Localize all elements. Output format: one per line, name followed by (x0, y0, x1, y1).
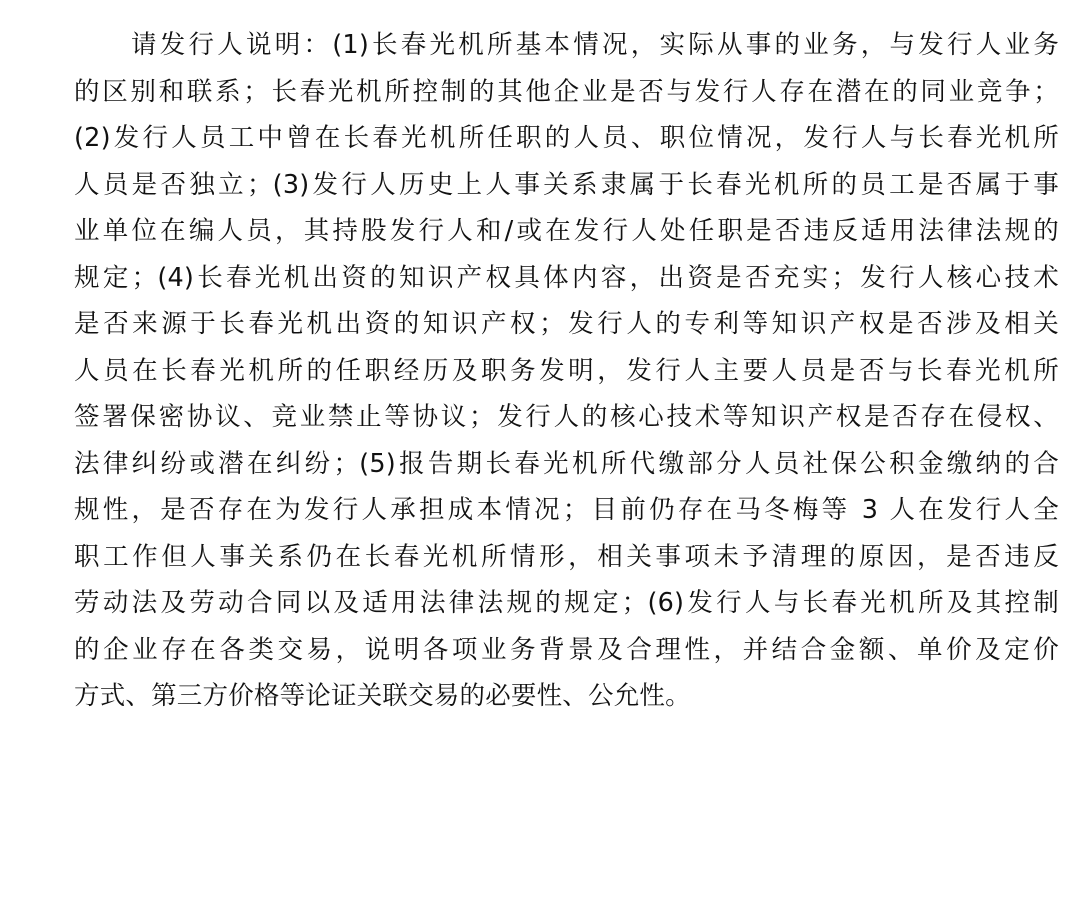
paragraph-line-3: (2)发行人员工中曾在长春光机所任职的人员、职位情况，发行人与长春光机所 (74, 115, 1059, 162)
paragraph-line-9: 签署保密协议、竞业禁止等协议；发行人的核心技术等知识产权是否存在侵权、 (74, 394, 1059, 441)
paragraph-line-13: 劳动法及劳动合同以及适用法律法规的规定；(6)发行人与长春光机所及其控制 (74, 580, 1059, 627)
paragraph-line-1: 请发行人说明：(1)长春光机所基本情况，实际从事的业务，与发行人业务 (74, 22, 1059, 69)
paragraph-line-2: 的区别和联系；长春光机所控制的其他企业是否与发行人存在潜在的同业竞争； (74, 69, 1059, 116)
paragraph-line-5: 业单位在编人员，其持股发行人和/或在发行人处任职是否违反适用法律法规的 (74, 208, 1059, 255)
paragraph-line-4: 人员是否独立；(3)发行人历史上人事关系隶属于长春光机所的员工是否属于事 (74, 162, 1059, 209)
paragraph-line-14: 的企业存在各类交易，说明各项业务背景及合理性，并结合金额、单价及定价 (74, 627, 1059, 674)
paragraph-line-6: 规定；(4)长春光机出资的知识产权具体内容，出资是否充实；发行人核心技术 (74, 255, 1059, 302)
paragraph-line-15: 方式、第三方价格等论证关联交易的必要性、公允性。 (74, 673, 1059, 720)
paragraph-line-12: 职工作但人事关系仍在长春光机所情形，相关事项未予清理的原因，是否违反 (74, 534, 1059, 581)
document-page: 请发行人说明：(1)长春光机所基本情况，实际从事的业务，与发行人业务 的区别和联… (0, 0, 1082, 900)
paragraph-line-11: 规性，是否存在为发行人承担成本情况；目前仍存在马冬梅等 3 人在发行人全 (74, 487, 1059, 534)
paragraph-line-8: 人员在长春光机所的任职经历及职务发明，发行人主要人员是否与长春光机所 (74, 348, 1059, 395)
paragraph-line-7: 是否来源于长春光机出资的知识产权；发行人的专利等知识产权是否涉及相关 (74, 301, 1059, 348)
paragraph-line-10: 法律纠纷或潜在纠纷；(5)报告期长春光机所代缴部分人员社保公积金缴纳的合 (74, 441, 1059, 488)
question-paragraph: 请发行人说明：(1)长春光机所基本情况，实际从事的业务，与发行人业务 的区别和联… (74, 22, 1059, 720)
